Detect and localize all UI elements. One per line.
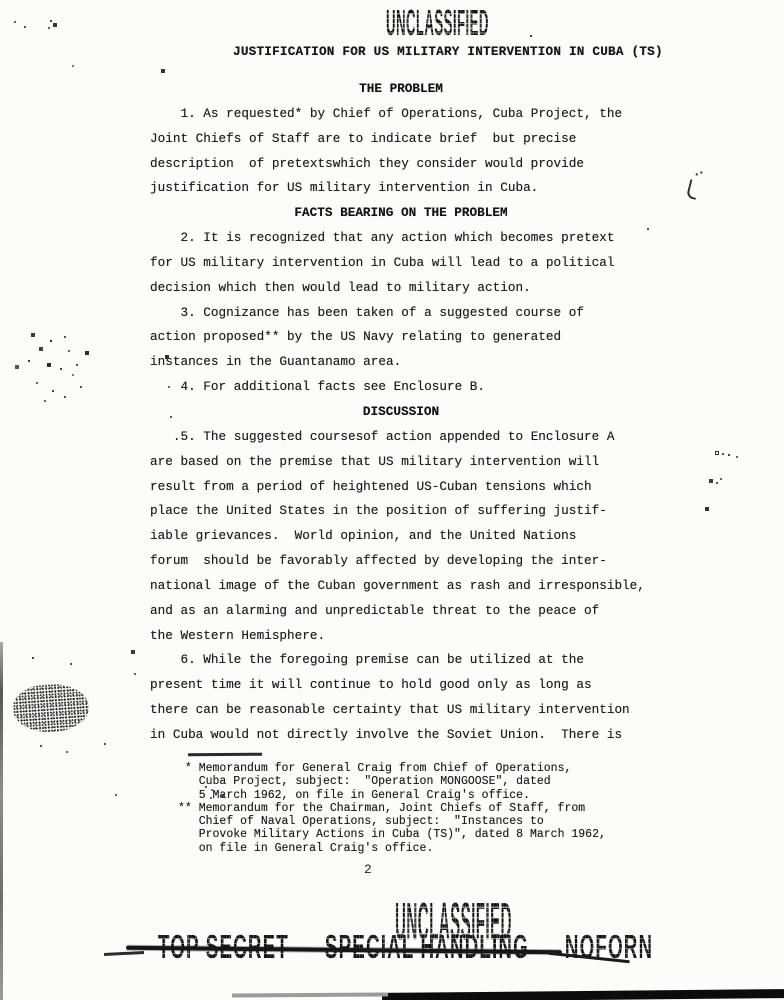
ink-specks-around-blob bbox=[60, 655, 62, 657]
section-heading-facts: FACTS BEARING ON THE PROBLEM bbox=[150, 201, 652, 226]
scan-edge-bar-gray bbox=[232, 992, 388, 997]
scan-left-edge-line bbox=[0, 642, 3, 1000]
ink-dots-near-footnotes bbox=[205, 786, 207, 788]
paragraph-3: 3. Cognizance has been taken of a sugges… bbox=[150, 301, 674, 376]
footnote-2: ** Memorandum for the Chairman, Joint Ch… bbox=[178, 802, 658, 855]
scan-edge-bar-black bbox=[382, 989, 784, 1000]
paragraph-2: 2. It is recognized that any action whic… bbox=[150, 226, 674, 301]
ink-specks-right-margin bbox=[716, 452, 718, 454]
paragraph-4: 4. For additional facts see Enclosure B. bbox=[150, 375, 674, 400]
footnote-1: * Memorandum for General Craig from Chie… bbox=[178, 762, 658, 802]
strikethrough-line-lead bbox=[104, 951, 144, 956]
paragraph-5: .5. The suggested coursesof action appen… bbox=[150, 425, 674, 649]
ink-specks-top-left bbox=[12, 18, 14, 20]
page-number: 2 bbox=[364, 862, 372, 877]
section-heading-discussion: DISCUSSION bbox=[150, 400, 652, 425]
ink-mark-right-margin bbox=[686, 179, 700, 200]
ink-specks-left-margin bbox=[46, 330, 48, 332]
classification-special-handling: SPECIAL HANDLING bbox=[325, 930, 529, 963]
paragraph-1: 1. As requested* by Chief of Operations,… bbox=[150, 102, 674, 201]
ink-dot-near-top-stamp bbox=[530, 35, 532, 37]
section-heading-the-problem: THE PROBLEM bbox=[150, 77, 652, 102]
ink-smudge-blob-left bbox=[11, 681, 90, 734]
paragraph-6: 6. While the foregoing premise can be ut… bbox=[150, 648, 674, 747]
footnote-separator-rule bbox=[188, 753, 262, 756]
scanned-document-page: UNCLASSIFIED JUSTIFICATION FOR US MILITA… bbox=[0, 0, 784, 1000]
ink-dot-right-of-text bbox=[647, 228, 649, 230]
unclassified-stamp-top: UNCLASSIFIED bbox=[386, 6, 489, 42]
document-title: JUSTIFICATION FOR US MILITARY INTERVENTI… bbox=[233, 44, 663, 59]
footnotes: * Memorandum for General Craig from Chie… bbox=[178, 762, 658, 855]
document-body: THE PROBLEM 1. As requested* by Chief of… bbox=[150, 77, 674, 748]
